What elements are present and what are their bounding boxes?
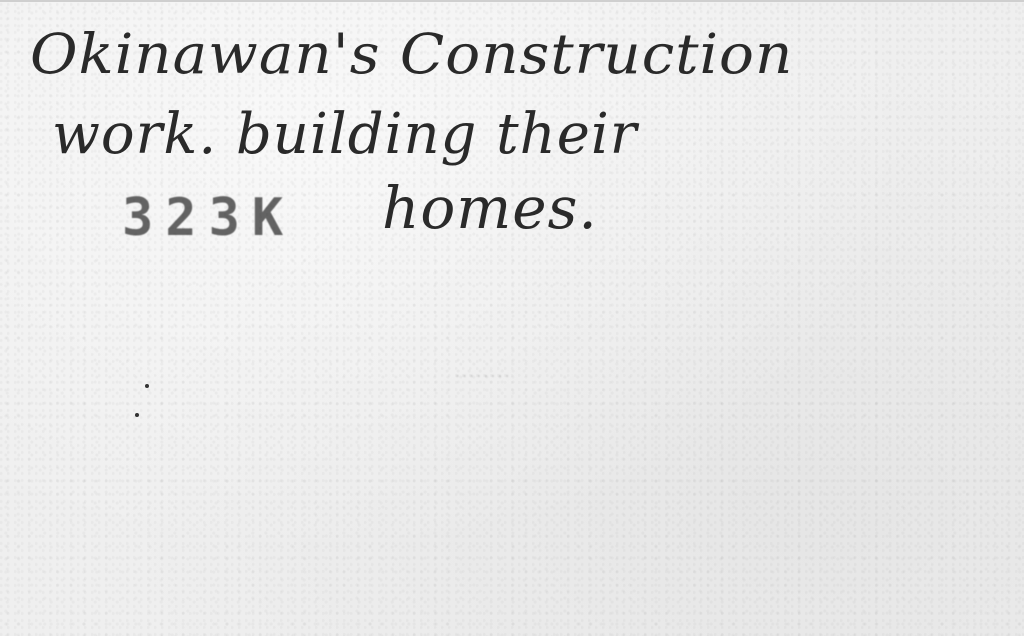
ink-speck: [145, 384, 149, 388]
faint-bleedthrough-text: ........: [455, 362, 512, 381]
stamped-catalog-number: 323K: [122, 188, 295, 248]
photo-card-back: Okinawan's Construction work. building t…: [0, 0, 1024, 636]
handwritten-line-2: work. building their: [52, 102, 638, 167]
handwritten-line-3: homes.: [382, 174, 598, 242]
ink-speck: [135, 413, 139, 417]
handwritten-line-1: Okinawan's Construction: [30, 22, 793, 87]
